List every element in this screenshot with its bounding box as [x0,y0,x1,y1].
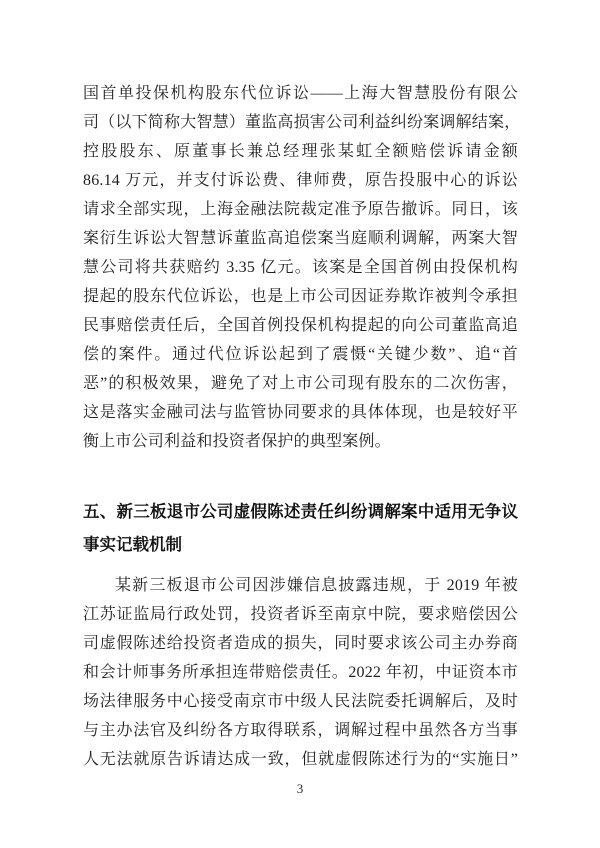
text-line: 恶”的积极效果，避免了对上市公司现有股东的二次伤害， [83,369,518,398]
text-line: 司（以下简称大智慧）董监高损害公司利益纠纷案调解结案， [83,108,518,137]
text-line: 和会计师事务所承担连带赔偿责任。2022 年初，中证资本市 [83,658,518,687]
paragraph-case-4-continued: 国首单投保机构股东代位诉讼——上海大智慧股份有限公司（以下简称大智慧）董监高损害… [83,79,518,456]
text-line: 控股股东、原董事长兼总经理张某虹全额赔偿诉请金额 [83,137,518,166]
text-line: 提起的股东代位诉讼，也是上市公司因证券欺诈被判令承担 [83,282,518,311]
text-line: 某新三板退市公司因涉嫌信息披露违规，于 2019 年被 [83,571,518,600]
paragraph-case-5-body: 某新三板退市公司因涉嫌信息披露违规，于 2019 年被江苏证监局行政处罚，投资者… [83,571,518,774]
text-line: 这是落实金融司法与监管协同要求的具体体现，也是较好平 [83,398,518,427]
text-line: 五、新三板退市公司虚假陈述责任纠纷调解案中适用无争议 [83,496,518,529]
text-line: 场法律服务中心接受南京市中级人民法院委托调解后，及时 [83,687,518,716]
document-page: 国首单投保机构股东代位诉讼——上海大智慧股份有限公司（以下简称大智慧）董监高损害… [0,0,600,848]
text-line: 慧公司将共获赔约 3.35 亿元。该案是全国首例由投保机构 [83,253,518,282]
text-line: 案衍生诉讼大智慧诉董监高追偿案当庭顺利调解，两案大智 [83,224,518,253]
text-line: 人无法就原告诉请达成一致，但就虚假陈述行为的“实施日” [83,745,518,774]
text-line: 衡上市公司利益和投资者保护的典型案例。 [83,427,518,456]
text-line: 86.14 万元，并支付诉讼费、律师费，原告投服中心的诉讼 [83,166,518,195]
text-line: 请求全部实现，上海金融法院裁定准予原告撤诉。同日，该 [83,195,518,224]
page-number: 3 [0,781,600,797]
section-heading-case-5: 五、新三板退市公司虚假陈述责任纠纷调解案中适用无争议事实记载机制 [83,496,518,562]
text-line: 国首单投保机构股东代位诉讼——上海大智慧股份有限公 [83,79,518,108]
text-line: 偿的案件。通过代位诉讼起到了震慑“关键少数”、追“首 [83,340,518,369]
text-line: 事实记载机制 [83,529,518,562]
text-line: 江苏证监局行政处罚，投资者诉至南京中院，要求赔偿因公 [83,600,518,629]
text-line: 民事赔偿责任后，全国首例投保机构提起的向公司董监高追 [83,311,518,340]
text-line: 司虚假陈述给投资者造成的损失，同时要求该公司主办券商 [83,629,518,658]
text-line: 与主办法官及纠纷各方取得联系，调解过程中虽然各方当事 [83,716,518,745]
